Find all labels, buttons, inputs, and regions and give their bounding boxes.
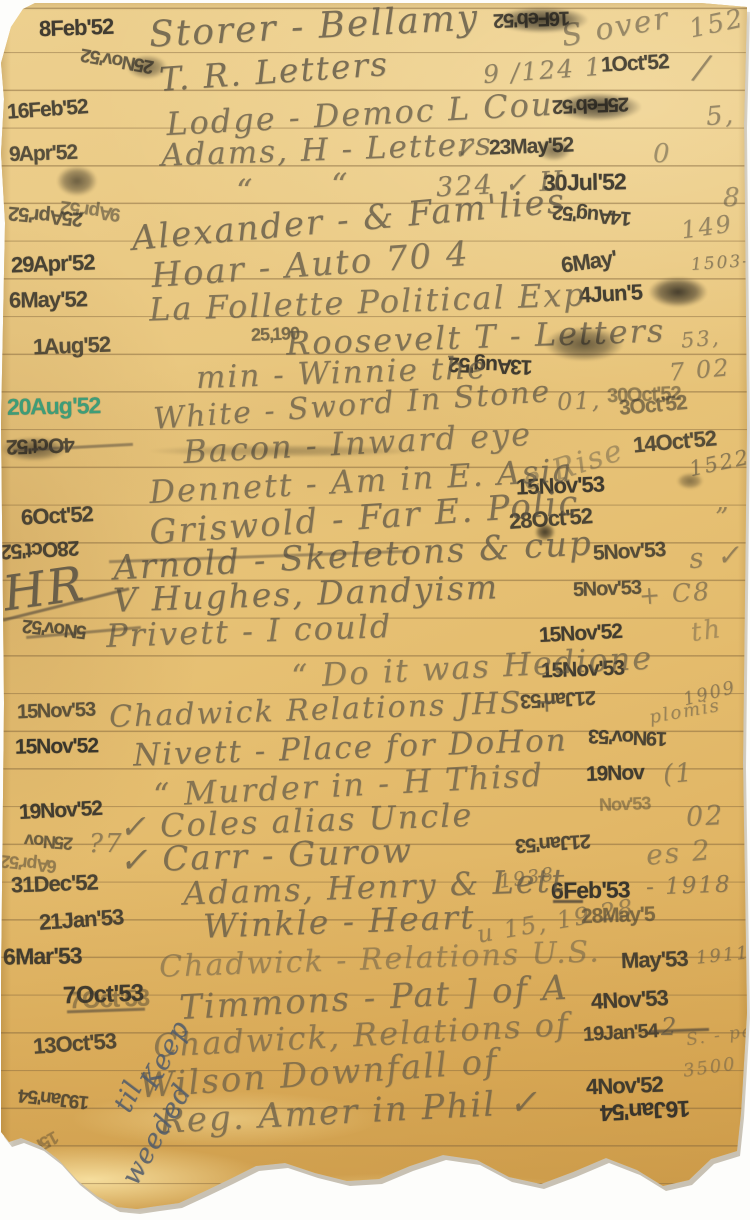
ink-smudge bbox=[149, 445, 421, 457]
ink-smudge bbox=[57, 166, 97, 196]
handwritten-entry: “ bbox=[331, 169, 349, 201]
handwritten-entry: T. R. Letters bbox=[158, 47, 390, 96]
pencil-annotation: - 1918 bbox=[646, 874, 732, 900]
date-stamp: 6 Oct '52 bbox=[20, 503, 93, 529]
date-stamp: 1 Aug '52 bbox=[33, 334, 111, 359]
date-stamp: 4 Nov '52 bbox=[586, 1074, 663, 1099]
pencil-annotation: 9 /124 1 bbox=[482, 54, 603, 87]
date-stamp: Nov '53 bbox=[599, 794, 651, 814]
pencil-annotation: ” bbox=[715, 505, 730, 531]
pencil-annotation: 2 bbox=[661, 1015, 678, 1039]
pencil-annotation: s ✓ bbox=[688, 541, 743, 573]
date-stamp: 29 Apr '52 bbox=[11, 252, 95, 277]
date-stamp: 15 Nov '52 bbox=[15, 735, 98, 757]
pencil-annotation: 0 bbox=[653, 141, 672, 167]
pencil-annotation: ✓ bbox=[453, 138, 477, 164]
pencil-annotation: / bbox=[693, 50, 712, 86]
ink-smudge bbox=[535, 523, 555, 541]
ink-smudge bbox=[127, 55, 167, 79]
date-stamp: 4 Nov '53 bbox=[590, 987, 668, 1013]
date-stamp: 6 May '52 bbox=[9, 288, 87, 311]
date-stamp-flipped: 19 Jan '54 bbox=[18, 1085, 90, 1111]
handwritten-entry: Storer - Bellamy bbox=[148, 0, 480, 53]
date-stamp: 21 Jan '53 bbox=[38, 906, 124, 934]
date-stamp: 5 Nov '53 bbox=[573, 578, 642, 600]
date-stamp: 19 Nov '52 bbox=[19, 798, 103, 823]
pencil-annotation: 3500 bbox=[682, 1055, 738, 1080]
date-stamp: 14 Oct '52 bbox=[632, 427, 717, 456]
pencil-annotation: 53, bbox=[680, 327, 721, 351]
date-stamp: 20 Aug '52 bbox=[7, 394, 101, 419]
ink-smudge bbox=[555, 93, 641, 121]
pencil-annotation: plomis bbox=[648, 697, 722, 727]
date-stamp: 8 Feb '52 bbox=[39, 16, 114, 41]
date-stamp: 4 Jun '5 bbox=[578, 281, 642, 306]
date-stamp: 30 Oct '52 bbox=[607, 384, 681, 407]
handwritten-entry: Winkle - Heart bbox=[203, 900, 476, 942]
date-stamp: 6 Mar '53 bbox=[3, 944, 82, 968]
handwritten-entry: “ Do it was Hedione bbox=[290, 642, 654, 693]
date-stamp: 1 Oct '52 bbox=[600, 51, 669, 76]
pencil-annotation: S. - pai bbox=[685, 1022, 750, 1049]
date-stamp: 13 Oct '53 bbox=[32, 1030, 116, 1058]
date-stamp: 6 May ' bbox=[560, 247, 618, 277]
date-stamp-flipped: 19 Nov '53 bbox=[589, 726, 668, 749]
pencil-annotation: 8 bbox=[723, 185, 742, 211]
pencil-annotation: 5, bbox=[705, 102, 736, 130]
ink-smudge bbox=[537, 139, 571, 161]
ink-smudge bbox=[677, 473, 703, 489]
date-stamp: May '53 bbox=[621, 948, 688, 972]
date-stamp-flipped: 16 Jan '54 bbox=[600, 1097, 690, 1125]
date-stamp: 15 Nov '53 bbox=[17, 700, 96, 723]
ink-smudge bbox=[496, 7, 588, 33]
date-stamp-flipped: 6 Apr '52 bbox=[0, 852, 57, 876]
date-stamp-flipped: 15 Nov '52 bbox=[0, 1128, 62, 1176]
date-stamp: 5 Nov '53 bbox=[593, 539, 666, 564]
handwritten-entry: Adams, H - Letters bbox=[161, 129, 494, 172]
date-stamp: 16 Feb '52 bbox=[6, 96, 88, 123]
pencil-annotation: 01, bbox=[556, 388, 601, 414]
pencil-annotation: (1 bbox=[662, 760, 695, 789]
date-stamp: 9 Apr '52 bbox=[9, 142, 78, 165]
pencil-annotation: 324 ✓ II bbox=[435, 168, 565, 202]
pencil-strike bbox=[553, 900, 583, 903]
pencil-annotation: 149 bbox=[680, 212, 735, 243]
date-stamp: 19 Nov bbox=[586, 762, 645, 785]
pencil-annotation: 02 bbox=[685, 802, 725, 831]
handwritten-entry: Privett - I could bbox=[106, 610, 393, 652]
scanned-library-card-page: 8 Feb '5216 Feb '529 Apr '5229 Apr '526 … bbox=[0, 0, 750, 1220]
pencil-annotation: ?7 bbox=[89, 831, 123, 857]
pencil-annotation: th bbox=[689, 616, 724, 646]
pencil-annotation: + C8 bbox=[638, 579, 712, 609]
pencil-annotation: 1503- bbox=[690, 253, 750, 274]
pencil-annotation: 7 02 bbox=[668, 355, 731, 384]
ink-smudge bbox=[545, 327, 623, 361]
library-due-date-card: 8 Feb '5216 Feb '529 Apr '5229 Apr '526 … bbox=[1, 3, 748, 1216]
pencil-annotation: 1911 bbox=[695, 944, 750, 968]
handwritten-entry: 152 bbox=[687, 5, 747, 42]
ink-smudge bbox=[649, 277, 707, 307]
date-stamp-flipped: 21 Jan '53 bbox=[515, 830, 591, 855]
date-stamp: 19 Jan '54 bbox=[583, 1021, 659, 1045]
date-stamp-flipped: 25 Nov bbox=[24, 831, 73, 852]
handwritten-entry: “ bbox=[236, 175, 254, 207]
pencil-annotation: es 2 bbox=[645, 836, 713, 870]
